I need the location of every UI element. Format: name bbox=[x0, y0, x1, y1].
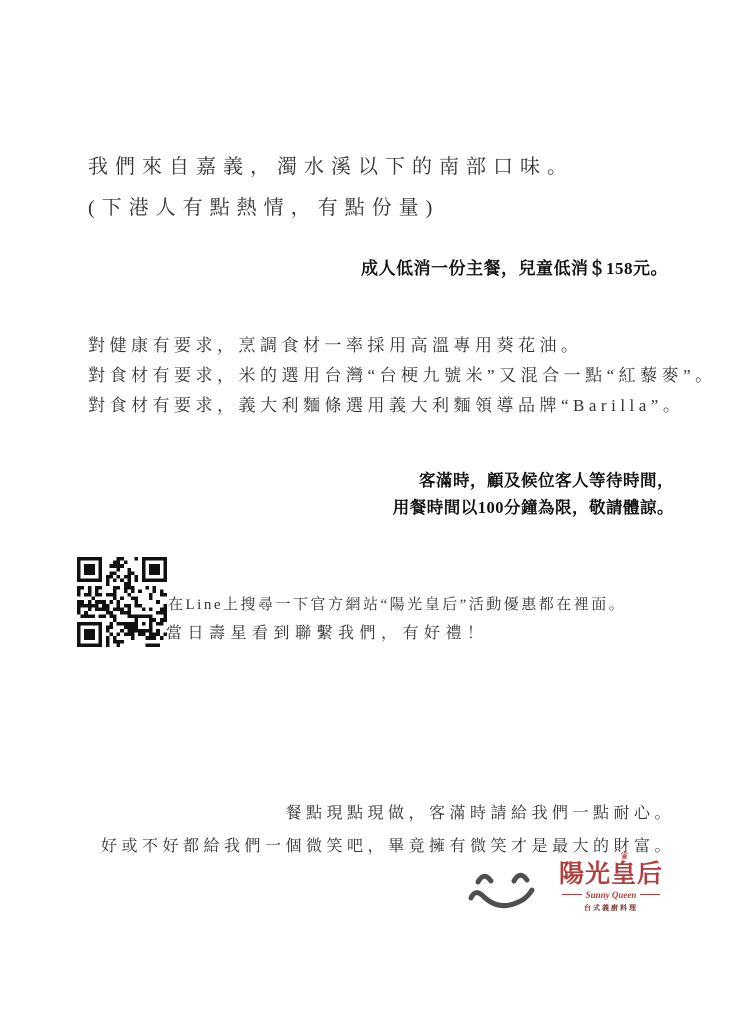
crown-icon: ♛ bbox=[620, 852, 629, 862]
quality-line-health: 對健康有要求，烹調食材一率採用高溫專用葵花油。 bbox=[88, 331, 717, 361]
logo-right-rule bbox=[640, 894, 660, 895]
brand-name-english: Sunny Queen bbox=[551, 890, 671, 900]
logo-left-rule bbox=[562, 894, 582, 895]
intro-line-2: (下港人有點熱情，有點份量) bbox=[88, 191, 439, 220]
qr-code-icon bbox=[77, 557, 167, 647]
intro-line-1: 我們來自嘉義，濁水溪以下的南部口味。 bbox=[88, 150, 574, 179]
line-promo-line-2: 當日壽星看到聯繫我們，有好禮！ bbox=[166, 620, 489, 643]
quality-statements: 對健康有要求，烹調食材一率採用高溫專用葵花油。 對食材有要求，米的選用台灣“台梗… bbox=[88, 331, 717, 421]
dining-time-notice-line-1: 客滿時，顧及候位客人等待時間， bbox=[393, 467, 674, 494]
quality-line-pasta: 對食材有要求，義大利麵條選用義大利麵領導品牌“Barilla”。 bbox=[88, 391, 717, 421]
minimum-charge-notice: 成人低消一份主餐，兒童低消＄158元。 bbox=[361, 254, 668, 279]
smiley-face-icon bbox=[466, 864, 542, 912]
brand-name: 陽光皇后 bbox=[559, 861, 663, 889]
smiley-mouth bbox=[471, 890, 532, 906]
closing-message: 餐點現點現做，客滿時請給我們一點耐心。 好或不好都給我們一個微笑吧，畢竟擁有微笑… bbox=[101, 797, 675, 863]
closing-line-2: 好或不好都給我們一個微笑吧，畢竟擁有微笑才是最大的財富。 bbox=[101, 830, 675, 863]
line-promo-line-1: 在Line上搜尋一下官方網站“陽光皇后”活動優惠都在裡面。 bbox=[168, 593, 626, 614]
dining-time-notice-line-2: 用餐時間以100分鐘為限，敬請體諒。 bbox=[393, 494, 674, 521]
brand-logo: ♛ 陽光皇后 Sunny Queen 台式義廚料理 bbox=[551, 861, 671, 913]
document-page: 我們來自嘉義，濁水溪以下的南部口味。 (下港人有點熱情，有點份量) 成人低消一份… bbox=[0, 0, 730, 1032]
dining-time-notice: 客滿時，顧及候位客人等待時間， 用餐時間以100分鐘為限，敬請體諒。 bbox=[393, 467, 674, 521]
quality-line-rice: 對食材有要求，米的選用台灣“台梗九號米”又混合一點“紅藜麥”。 bbox=[88, 361, 717, 391]
smiley-left-eye bbox=[478, 876, 491, 882]
smiley-right-eye bbox=[514, 875, 527, 881]
brand-tagline: 台式義廚料理 bbox=[551, 903, 671, 913]
closing-line-1: 餐點現點現做，客滿時請給我們一點耐心。 bbox=[101, 797, 675, 830]
line-qr-code bbox=[77, 557, 167, 647]
